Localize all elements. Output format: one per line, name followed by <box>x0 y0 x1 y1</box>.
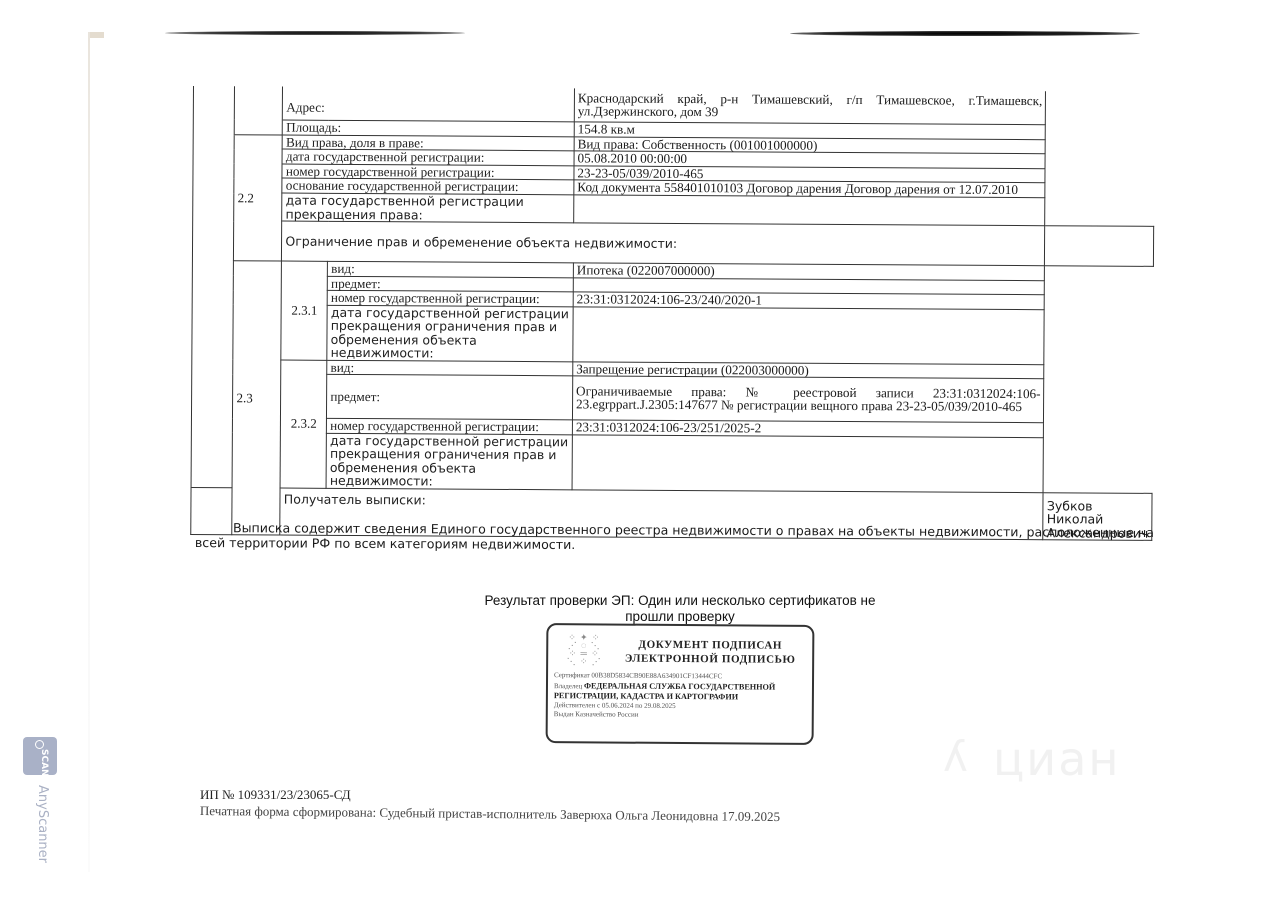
field-label: номер государственной регистрации: <box>327 290 573 306</box>
address-label: Адрес: <box>283 87 575 122</box>
section-number-2-3: 2.3 <box>232 261 282 535</box>
anyscanner-watermark: SCAN AnyScanner <box>20 737 60 877</box>
field-label: предмет: <box>327 374 573 420</box>
cian-watermark: ʎ циан <box>935 722 1135 792</box>
scan-badge-icon: SCAN <box>23 737 57 775</box>
field-label: вид: <box>328 261 574 277</box>
address-value: Краснодарский край, р-н Тимашевский, г/п… <box>574 88 1046 124</box>
field-value: 23:31:0312024:106-23/251/2025-2 <box>572 420 1044 437</box>
field-value: Ограничиваемые права: № реестровой запис… <box>572 376 1044 423</box>
signature-check-result: Результат проверки ЭП: Один или нескольк… <box>470 593 890 624</box>
extract-note: Выписка содержит сведения Единого госуда… <box>195 521 1157 555</box>
e-signature-stamp: ⁘ ✦ ⁘⋰ ◌ ⋱⁘ ═ ⁘⋱ ⁘ ⋰ ДОКУМЕНТ ПОДПИСАН Э… <box>546 623 815 745</box>
field-value <box>574 195 1046 226</box>
field-value: Запрещение регистрации (022003000000) <box>573 361 1045 378</box>
table-row: дата государственной регистрации прекращ… <box>193 193 1154 227</box>
field-label: дата государственной регистрации прекращ… <box>327 305 573 361</box>
section-number-2-2: 2.2 <box>234 134 283 261</box>
field-label: дата государственной регистрации прекращ… <box>326 433 572 489</box>
scanner-app-name: AnyScanner <box>35 785 50 863</box>
field-value: Ипотека (022007000000) <box>573 263 1045 280</box>
section-number-2-3-1: 2.3.1 <box>281 261 327 360</box>
coat-of-arms-icon: ⁘ ✦ ⁘⋰ ◌ ⋱⁘ ═ ⁘⋱ ⁘ ⋰ <box>566 633 602 665</box>
cian-logo-icon: ʎ <box>943 722 968 792</box>
table-row: дата государственной регистрации прекращ… <box>191 432 1152 493</box>
enforcement-case-number: ИП № 109331/23/23065-СД <box>200 787 351 803</box>
page-corner-mark <box>90 32 104 38</box>
stamp-title-line-1: ДОКУМЕНТ ПОДПИСАН <box>610 638 810 653</box>
table-row: Ограничение прав и обременение объекта н… <box>192 221 1153 267</box>
stamp-title-line-2: ЭЛЕКТРОННОЙ ПОДПИСЬЮ <box>610 652 810 667</box>
stamp-issuer: Выдан Казначейство России <box>554 710 812 721</box>
field-value <box>572 434 1044 492</box>
field-label: дата государственной регистрации прекращ… <box>282 193 574 223</box>
scan-shadow-right <box>790 31 1140 36</box>
field-label: вид: <box>327 360 573 376</box>
cian-watermark-text: циан <box>993 724 1120 794</box>
page-edge <box>88 32 90 872</box>
printed-by: Печатная форма сформирована: Судебный пр… <box>200 803 780 825</box>
area-label: Площадь: <box>283 120 575 137</box>
scan-shadow-left <box>165 31 465 35</box>
registry-table: Адрес: Краснодарский край, р-н Тимашевск… <box>190 86 1155 541</box>
field-value: 23:31:0312024:106-23/240/2020-1 <box>573 292 1045 309</box>
table-row: предмет: Ограничиваемые права: № реестро… <box>191 373 1152 423</box>
field-value <box>573 306 1045 364</box>
scan-badge-label: SCAN <box>39 749 49 777</box>
field-label: номер государственной регистрации: <box>327 418 573 434</box>
restrictions-heading: Ограничение прав и обременение объекта н… <box>282 221 1045 266</box>
table-row: дата государственной регистрации прекращ… <box>192 304 1153 365</box>
section-number-2-3-2: 2.3.2 <box>280 360 327 488</box>
